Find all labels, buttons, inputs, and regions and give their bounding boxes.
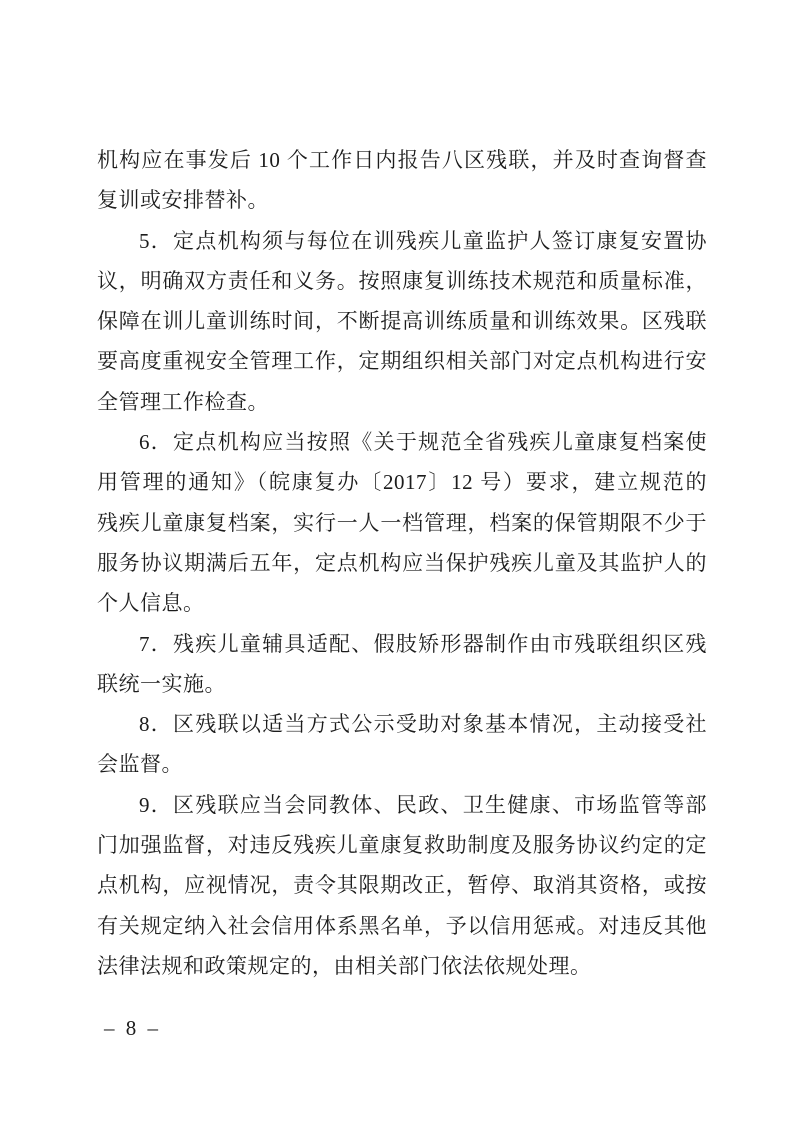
text-line: 全管理工作检查。 [97, 382, 707, 422]
text-line: 机构应在事发后 10 个工作日内报告八区残联，并及时查询督查 [97, 140, 707, 180]
text-line: 用管理的通知》（皖康复办〔2017〕12 号）要求，建立规范的 [97, 462, 707, 502]
text-line: 残疾儿童康复档案，实行一人一档管理，档案的保管期限不少于 [97, 503, 707, 543]
text-line: 保障在训儿童训练时间，不断提高训练质量和训练效果。区残联 [97, 301, 707, 341]
document-body: 机构应在事发后 10 个工作日内报告八区残联，并及时查询督查复训或安排替补。5．… [97, 140, 707, 986]
text-line: 法律法规和政策规定的，由相关部门依法依规处理。 [97, 946, 707, 986]
text-line: 门加强监督，对违反残疾儿童康复救助制度及服务协议约定的定 [97, 825, 707, 865]
text-line: 9．区残联应当会同教体、民政、卫生健康、市场监管等部 [97, 785, 707, 825]
text-line: 复训或安排替补。 [97, 180, 707, 220]
text-line: 个人信息。 [97, 583, 707, 623]
text-line: 7．残疾儿童辅具适配、假肢矫形器制作由市残联组织区残 [97, 624, 707, 664]
text-line: 有关规定纳入社会信用体系黑名单，予以信用惩戒。对违反其他 [97, 906, 707, 946]
text-line: 6．定点机构应当按照《关于规范全省残疾儿童康复档案使 [97, 422, 707, 462]
text-line: 要高度重视安全管理工作，定期组织相关部门对定点机构进行安 [97, 341, 707, 381]
text-line: 8．区残联以适当方式公示受助对象基本情况，主动接受社 [97, 704, 707, 744]
text-line: 会监督。 [97, 744, 707, 784]
text-line: 服务协议期满后五年，定点机构应当保护残疾儿童及其监护人的 [97, 543, 707, 583]
text-line: 联统一实施。 [97, 664, 707, 704]
text-line: 点机构，应视情况，责令其限期改正，暂停、取消其资格，或按 [97, 865, 707, 905]
document-page: 机构应在事发后 10 个工作日内报告八区残联，并及时查询督查复训或安排替补。5．… [0, 0, 793, 1122]
text-line: 议，明确双方责任和义务。按照康复训练技术规范和质量标准， [97, 261, 707, 301]
page-number: – 8 – [104, 1008, 161, 1048]
text-line: 5．定点机构须与每位在训残疾儿童监护人签订康复安置协 [97, 221, 707, 261]
